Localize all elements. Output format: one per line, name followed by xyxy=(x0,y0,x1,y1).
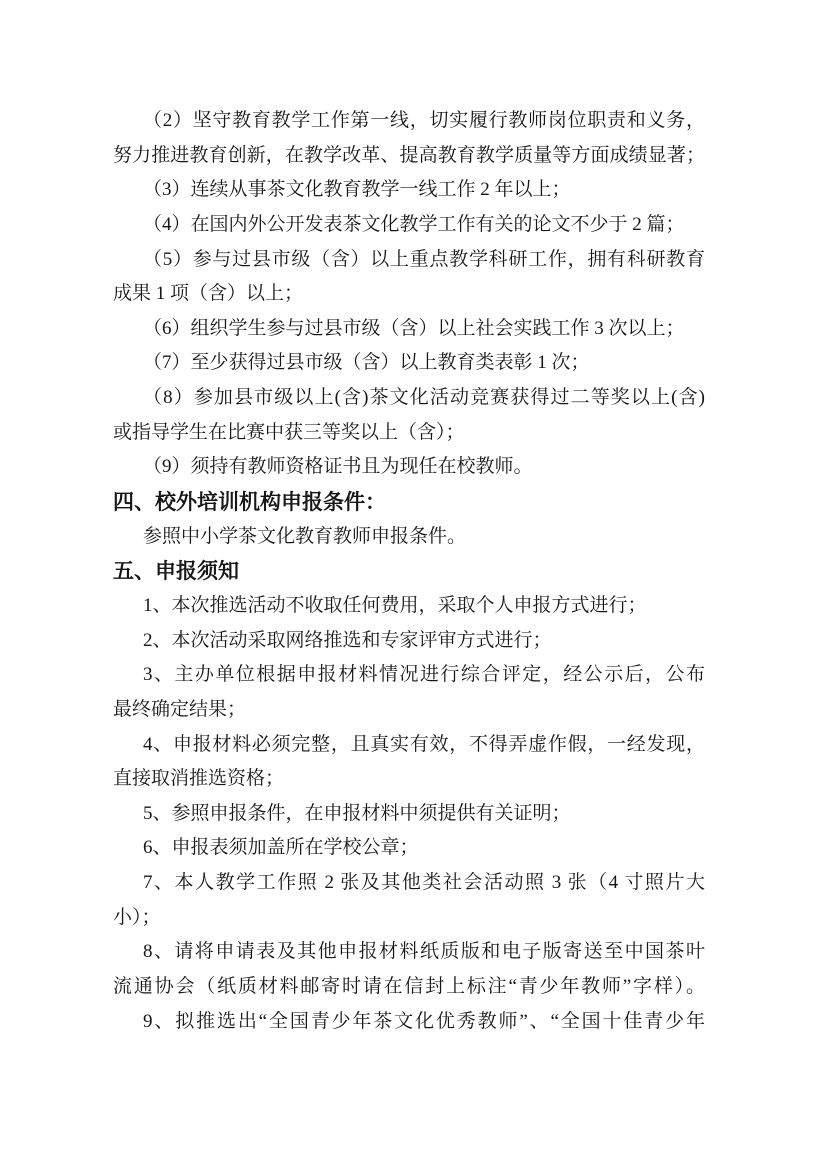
doc-line: （5）参与过县市级（含）以上重点教学科研工作，拥有科研教育 xyxy=(113,243,705,278)
doc-line: 努力推进教育创新，在教学改革、提高教育教学质量等方面成绩显著； xyxy=(113,139,705,174)
doc-line: 9、拟推选出“全国青少年茶文化优秀教师”、“全国十佳青少年 xyxy=(113,1005,705,1040)
doc-line: 流通协会（纸质材料邮寄时请在信封上标注“青少年教师”字样）。 xyxy=(113,970,705,1005)
doc-line: 5、参照申报条件，在申报材料中须提供有关证明； xyxy=(113,797,705,832)
doc-line: （8）参加县市级以上(含)茶文化活动竞赛获得过二等奖以上(含) xyxy=(113,381,705,416)
doc-line: （4）在国内外公开发表茶文化教学工作有关的论文不少于 2 篇； xyxy=(113,208,705,243)
doc-line: （6）组织学生参与过县市级（含）以上社会实践工作 3 次以上； xyxy=(113,312,705,347)
doc-line: 最终确定结果； xyxy=(113,693,705,728)
doc-line: 或指导学生在比赛中获三等奖以上（含）； xyxy=(113,416,705,451)
doc-line: 小）； xyxy=(113,901,705,936)
text-block: （2）坚守教育教学工作第一线，切实履行教师岗位职责和义务， 努力推进教育创新，在… xyxy=(113,104,705,1039)
doc-line: （9）须持有教师资格证书且为现任在校教师。 xyxy=(113,450,705,485)
doc-line: 2、本次活动采取网络推选和专家评审方式进行； xyxy=(113,624,705,659)
doc-line: 7、本人教学工作照 2 张及其他类社会活动照 3 张（4 寸照片大 xyxy=(113,866,705,901)
section-heading: 四、校外培训机构申报条件： xyxy=(113,485,705,520)
doc-line: （3）连续从事茶文化教育教学一线工作 2 年以上； xyxy=(113,173,705,208)
document-page: （2）坚守教育教学工作第一线，切实履行教师岗位职责和义务， 努力推进教育创新，在… xyxy=(0,0,827,1169)
doc-line: 3、主办单位根据申报材料情况进行综合评定，经公示后，公布 xyxy=(113,658,705,693)
doc-line: 4、申报材料必须完整，且真实有效，不得弄虚作假，一经发现， xyxy=(113,728,705,763)
doc-line: 参照中小学茶文化教育教师申报条件。 xyxy=(113,520,705,555)
doc-line: （2）坚守教育教学工作第一线，切实履行教师岗位职责和义务， xyxy=(113,104,705,139)
section-heading: 五、申报须知 xyxy=(113,554,705,589)
doc-line: 成果 1 项（含）以上； xyxy=(113,277,705,312)
doc-line: （7）至少获得过县市级（含）以上教育类表彰 1 次； xyxy=(113,346,705,381)
doc-line: 8、请将申请表及其他申报材料纸质版和电子版寄送至中国茶叶 xyxy=(113,935,705,970)
doc-line: 6、申报表须加盖所在学校公章； xyxy=(113,831,705,866)
doc-line: 1、本次推选活动不收取任何费用，采取个人申报方式进行； xyxy=(113,589,705,624)
doc-line: 直接取消推选资格； xyxy=(113,762,705,797)
